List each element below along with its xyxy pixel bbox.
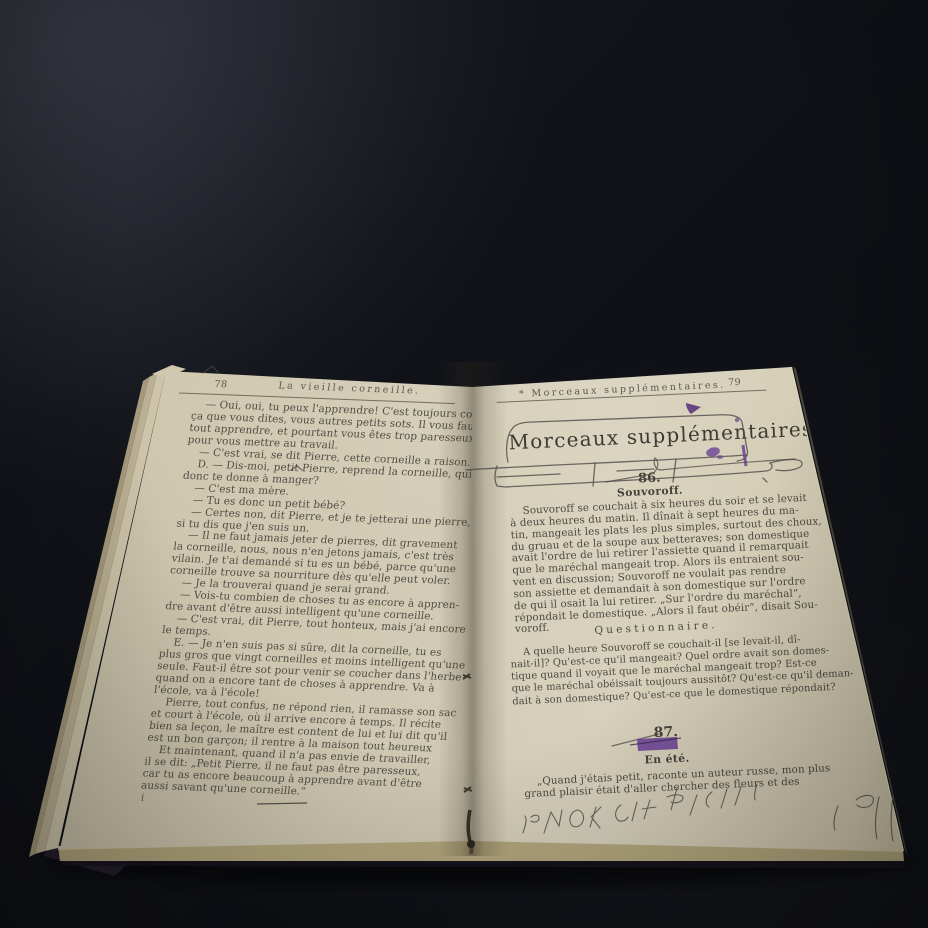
book-photo-scene: 78 La vieille corneille. — Oui, oui, tu … [0, 0, 928, 928]
photo-vignette [0, 0, 928, 928]
